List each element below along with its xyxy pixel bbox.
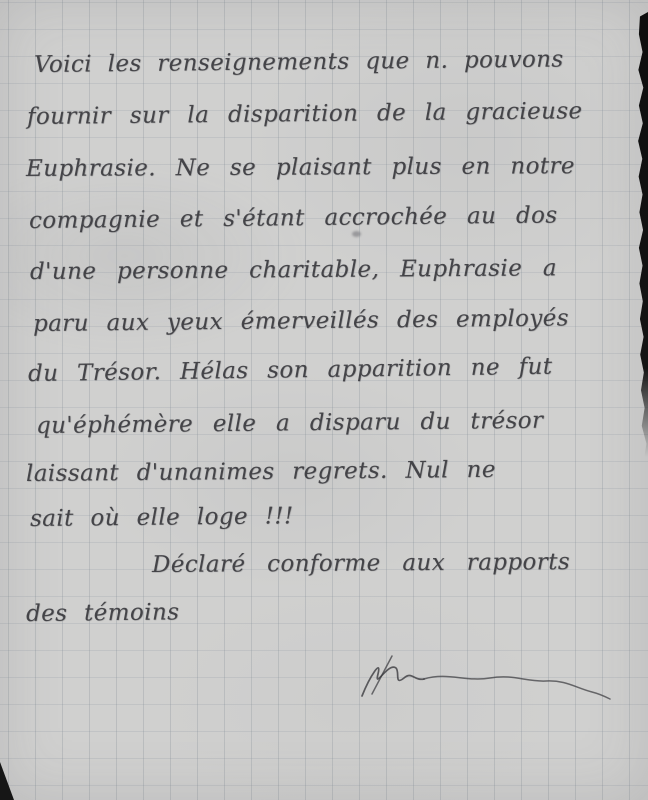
handwritten-line: Euphrasie. Ne se plaisant plus en notre — [26, 153, 575, 182]
handwritten-line: des témoins — [26, 599, 180, 627]
handwritten-line: Voici les renseignements que n. pouvons — [34, 46, 564, 78]
handwritten-line: sait où elle loge !!! — [30, 503, 294, 532]
handwritten-line: qu'éphémère elle a disparu du trésor — [36, 408, 544, 439]
handwritten-line: du Trésor. Hélas son apparition ne fut — [28, 354, 553, 387]
ink-smudge — [352, 231, 361, 237]
handwritten-letter-page: Voici les renseignements que n. pouvons … — [0, 0, 648, 800]
scan-corner-shadow — [0, 762, 14, 800]
handwritten-line: d'une personne charitable, Euphrasie a — [30, 255, 557, 285]
handwritten-line: Déclaré conforme aux rapports — [152, 549, 570, 578]
handwritten-line: compagnie et s'étant accrochée au dos — [29, 202, 558, 234]
handwritten-line: fournir sur la disparition de la gracieu… — [27, 98, 583, 130]
handwritten-line: paru aux yeux émerveillés des employés — [33, 305, 569, 337]
signature-flourish — [348, 648, 616, 706]
torn-paper-edge — [635, 12, 648, 457]
handwritten-line: laissant d'unanimes regrets. Nul ne — [26, 457, 496, 487]
